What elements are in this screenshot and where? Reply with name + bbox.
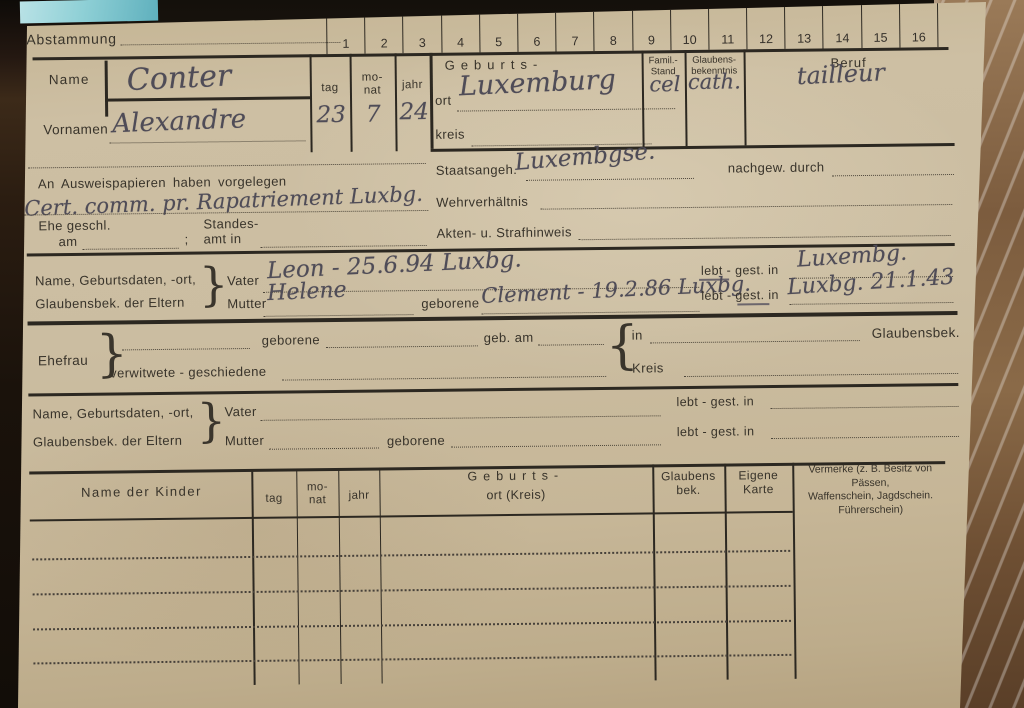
number-box: 11 <box>708 5 747 49</box>
verwitwete-dotted-line <box>282 374 606 381</box>
number-box: 16 <box>899 3 939 47</box>
abstammung-dotted-line <box>120 40 340 45</box>
gest-pencil-underline <box>737 303 769 305</box>
parents2-mutter-dotted-line <box>269 446 379 450</box>
number-box: 13 <box>784 4 823 48</box>
children-row-line <box>33 583 791 596</box>
ehefrau-name-dotted-line <box>122 346 250 350</box>
divider-line <box>28 383 958 397</box>
children-name-header: Name der Kinder <box>31 484 251 501</box>
number-box: 12 <box>746 5 785 49</box>
tag-column-line <box>310 54 313 152</box>
box-number: 14 <box>835 31 849 45</box>
parents2-vater-lebt-dotted <box>771 404 959 409</box>
staatsangeh-label: Staatsangeh. <box>436 163 518 179</box>
box-number: 7 <box>572 34 579 48</box>
registration-card: Abstammung 1 2 3 4 5 6 7 8 9 10 11 12 13… <box>0 0 1024 708</box>
geborene-label: geborene <box>421 296 479 312</box>
standesamt-label: Standes- amt in <box>203 217 259 247</box>
box-number: 4 <box>457 36 464 50</box>
table-header-bottom-line <box>30 511 793 522</box>
ehefrau-geborene-dotted-line <box>326 343 478 348</box>
monat-value-handwriting: 7 <box>357 101 389 127</box>
box-number: 13 <box>797 32 811 46</box>
wehrverhaeltnis-label: Wehrverhältnis <box>436 195 528 211</box>
monat-label: mo- nat <box>350 71 395 98</box>
parents2-geborene-label: geborene <box>387 434 445 450</box>
children-geburts-header: Geburts- <box>379 467 652 484</box>
glaubensbek-label: Glaubensbek. <box>872 325 960 342</box>
vater-label: Vater <box>227 274 259 289</box>
am-label: am <box>59 235 78 250</box>
parents2-row1-label: Name, Geburtsdaten, -ort, <box>33 406 194 423</box>
parents2-mutter-lebt-label: lebt - gest. in <box>677 424 755 439</box>
box-number: 16 <box>912 30 926 44</box>
in-label: in <box>632 329 643 344</box>
jahr-label: jahr <box>395 79 430 93</box>
tag-value-handwriting: 23 <box>313 102 349 128</box>
box-number: 15 <box>874 31 888 45</box>
number-box: 3 <box>402 9 441 53</box>
children-ort-header: ort (Kreis) <box>379 486 652 503</box>
teal-background-patch <box>20 0 158 23</box>
standesamt-dotted-line <box>261 243 427 248</box>
parents-row2-label: Glaubensbek. der Eltern <box>35 296 185 313</box>
number-boxes-strip: 1 2 3 4 5 6 7 8 9 10 11 12 13 14 15 16 <box>326 3 938 54</box>
nachgew-dotted-line <box>832 172 954 176</box>
mutter-lebt-label: lebt - gest. in <box>701 288 779 303</box>
number-box: 8 <box>593 7 632 51</box>
parents2-mutter-lebt-dotted <box>771 434 959 439</box>
abstammung-label: Abstammung <box>26 30 117 47</box>
number-box: 15 <box>861 4 900 48</box>
vornamen-label: Vornamen <box>43 122 108 138</box>
parents2-geborene-dotted-line <box>451 442 661 447</box>
box-number: 3 <box>419 36 426 50</box>
kreis-dotted-line-ehefrau <box>684 371 958 377</box>
children-monat-header: mo- nat <box>296 481 338 508</box>
number-box: 7 <box>555 7 594 51</box>
card-content: Abstammung 1 2 3 4 5 6 7 8 9 10 11 12 13… <box>0 0 1024 708</box>
akten-dotted-line <box>579 233 951 240</box>
in-dotted-line <box>650 338 860 343</box>
parents-row1-label: Name, Geburtsdaten, -ort, <box>35 273 196 290</box>
vornamen-dotted-line <box>109 138 305 143</box>
number-box: 10 <box>670 6 709 50</box>
jahr-value-handwriting: 24 <box>397 99 431 125</box>
ehefrau-geborene-label: geborene <box>262 333 320 349</box>
box-number: 5 <box>495 35 502 49</box>
wehrverhaeltnis-dotted-line <box>540 202 952 210</box>
staatsangeh-dotted-line <box>526 176 694 181</box>
children-vermerke-header: Vermerke (z. B. Besitz von Pässen, Waffe… <box>792 462 949 518</box>
parents2-vater-lebt-label: lebt - gest. in <box>676 394 754 409</box>
number-box: 6 <box>517 7 556 51</box>
mutter-dotted-line <box>263 312 413 317</box>
mutter-lebt-dotted-line <box>789 300 953 305</box>
geb-am-label: geb. am <box>484 331 534 347</box>
ort-value-handwriting: Luxemburg <box>458 64 616 102</box>
mutter-label: Mutter <box>227 297 266 312</box>
number-box: 9 <box>631 6 670 50</box>
mutter-value-handwriting: Helene <box>267 277 348 306</box>
children-glaubens-header: Glaubens bek. <box>652 470 724 498</box>
left-section-dotted-divider <box>28 161 426 169</box>
akten-label: Akten- u. Strafhinweis <box>436 225 571 241</box>
children-jahr-header: jahr <box>338 490 379 504</box>
kreis-label-ehefrau: Kreis <box>632 361 664 376</box>
box-number: 11 <box>721 32 734 46</box>
children-row-line <box>33 618 791 631</box>
name-value-handwriting: Conter <box>126 58 232 98</box>
ort-label: ort <box>435 94 452 109</box>
beruf-value-handwriting: tailleur <box>796 58 885 90</box>
box-number: 1 <box>342 37 349 51</box>
box-number: 9 <box>648 33 655 47</box>
separator-semicolon: ; <box>185 233 189 248</box>
children-eigene-header: Eigene Karte <box>724 469 792 497</box>
famil-stand-value-handwriting: cel <box>645 72 685 96</box>
parents2-mutter-label: Mutter <box>225 434 264 449</box>
box-number: 2 <box>381 36 388 50</box>
number-box: 4 <box>441 8 480 52</box>
nachgew-label: nachgew. durch <box>728 160 825 176</box>
ehefrau-label: Ehefrau <box>38 353 88 369</box>
number-box: 14 <box>822 4 861 48</box>
box-number: 10 <box>683 33 697 47</box>
box-number: 6 <box>533 35 540 49</box>
box-number: 12 <box>759 32 773 46</box>
parents2-vater-label: Vater <box>224 405 256 420</box>
children-row-line <box>33 652 791 665</box>
number-box: 2 <box>364 9 403 53</box>
children-tag-header: tag <box>251 492 296 506</box>
name-box-left-line <box>105 61 109 117</box>
parents2-brace: } <box>196 397 226 443</box>
box-number: 8 <box>610 34 617 48</box>
parents2-row2-label: Glaubensbek. der Eltern <box>33 434 183 451</box>
am-dotted-line <box>83 246 179 250</box>
glaubens-value-handwriting: cath. <box>687 69 742 94</box>
monat-column-line <box>350 54 353 152</box>
vornamen-value-handwriting: Alexandre <box>112 104 247 139</box>
name-label: Name <box>49 72 90 88</box>
number-box: 5 <box>479 8 518 52</box>
number-box: 1 <box>326 10 365 54</box>
tag-label: tag <box>310 82 350 96</box>
parents-brace: } <box>199 261 229 307</box>
geb-am-dotted-line <box>538 342 604 346</box>
verwitwete-label: verwitwete - geschiedene <box>110 365 266 382</box>
kreis-label: kreis <box>435 128 465 143</box>
children-row-line <box>32 548 790 561</box>
photo-of-registration-card: Abstammung 1 2 3 4 5 6 7 8 9 10 11 12 13… <box>0 0 1024 708</box>
ehe-geschl-label: Ehe geschl. <box>38 219 111 235</box>
parents2-vater-dotted-line <box>261 413 661 421</box>
